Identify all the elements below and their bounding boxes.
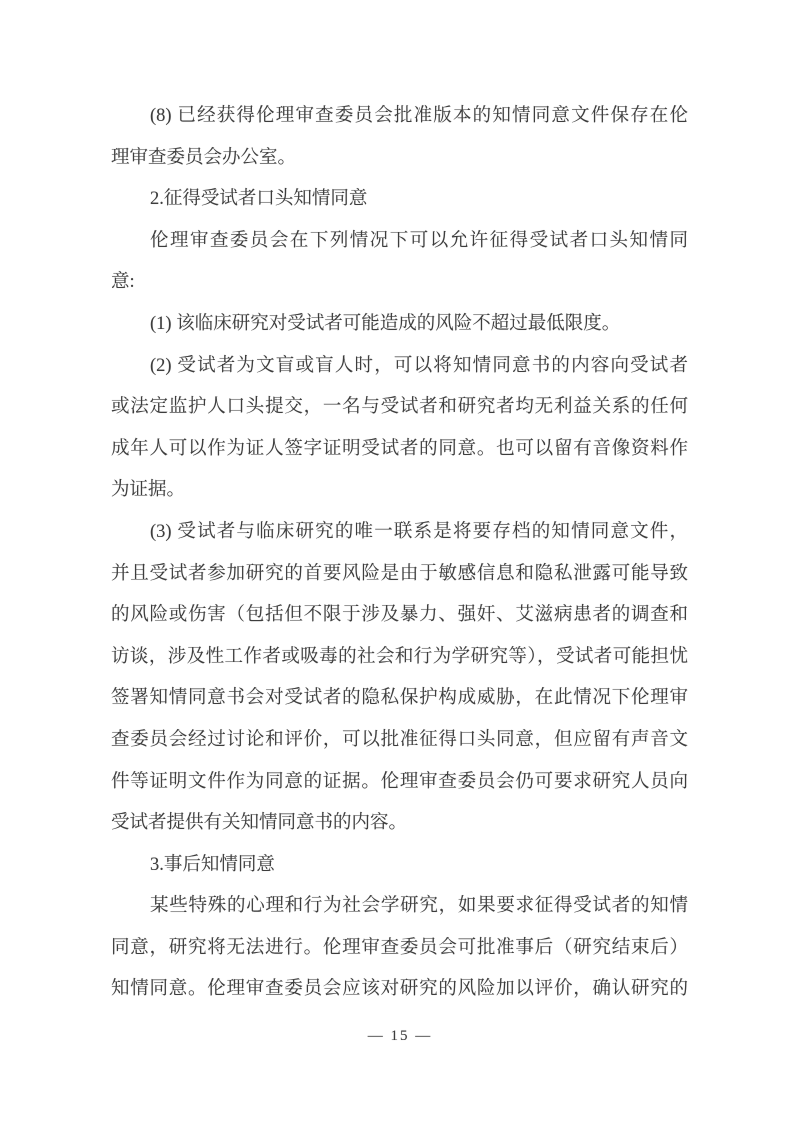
text-line: 的风险或伤害（包括但不限于涉及暴力、强奸、艾滋病患者的调查和	[111, 595, 688, 637]
document-text: (8) 已经获得伦理审查委员会批准版本的知情同意文件保存在伦 理审查委员会办公室…	[111, 96, 688, 1011]
section-heading: 2.征得受试者口头知情同意	[111, 179, 688, 221]
text-line: 受试者提供有关知情同意书的内容。	[111, 803, 688, 845]
text-line: 知情同意。伦理审查委员会应该对研究的风险加以评价，确认研究的	[111, 969, 688, 1011]
text-line: 件等证明文件作为同意的证据。伦理审查委员会仍可要求研究人员向	[111, 762, 688, 804]
text-line: 同意，研究将无法进行。伦理审查委员会可批准事后（研究结束后）	[111, 928, 688, 970]
text-line: (2) 受试者为文盲或盲人时，可以将知情同意书的内容向受试者	[111, 346, 688, 388]
text-line: 某些特殊的心理和行为社会学研究，如果要求征得受试者的知情	[111, 886, 688, 928]
text-line: 为证据。	[111, 470, 688, 512]
text-line: 意:	[111, 262, 688, 304]
text-line: (1) 该临床研究对受试者可能造成的风险不超过最低限度。	[111, 304, 688, 346]
text-line: 理审查委员会办公室。	[111, 138, 688, 180]
page-number: — 15 —	[0, 1028, 800, 1045]
text-line: (8) 已经获得伦理审查委员会批准版本的知情同意文件保存在伦	[111, 96, 688, 138]
text-line: 成年人可以作为证人签字证明受试者的同意。也可以留有音像资料作	[111, 429, 688, 471]
text-line: 并且受试者参加研究的首要风险是由于敏感信息和隐私泄露可能导致	[111, 554, 688, 596]
text-line: 伦理审查委员会在下列情况下可以允许征得受试者口头知情同	[111, 221, 688, 263]
section-heading: 3.事后知情同意	[111, 845, 688, 887]
text-line: 签署知情同意书会对受试者的隐私保护构成威胁，在此情况下伦理审	[111, 678, 688, 720]
text-line: (3) 受试者与临床研究的唯一联系是将要存档的知情同意文件，	[111, 512, 688, 554]
text-line: 访谈，涉及性工作者或吸毒的社会和行为学研究等），受试者可能担忧	[111, 637, 688, 679]
text-line: 查委员会经过讨论和评价，可以批准征得口头同意，但应留有声音文	[111, 720, 688, 762]
document-page: (8) 已经获得伦理审查委员会批准版本的知情同意文件保存在伦 理审查委员会办公室…	[0, 0, 800, 1131]
text-line: 或法定监护人口头提交，一名与受试者和研究者均无利益关系的任何	[111, 387, 688, 429]
